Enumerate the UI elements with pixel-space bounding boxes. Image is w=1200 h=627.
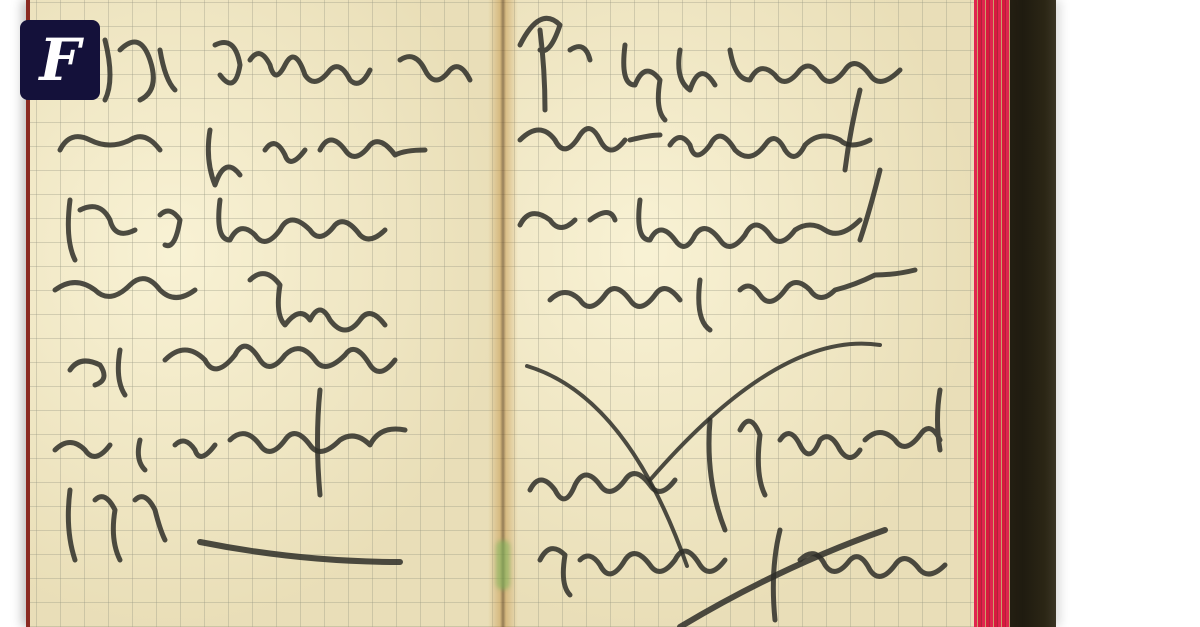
pencil-handwriting (0, 0, 1200, 627)
faz-logo: F (20, 20, 100, 100)
photo-scene: F (0, 0, 1200, 627)
faz-fraktur-f-icon: F (39, 31, 80, 89)
